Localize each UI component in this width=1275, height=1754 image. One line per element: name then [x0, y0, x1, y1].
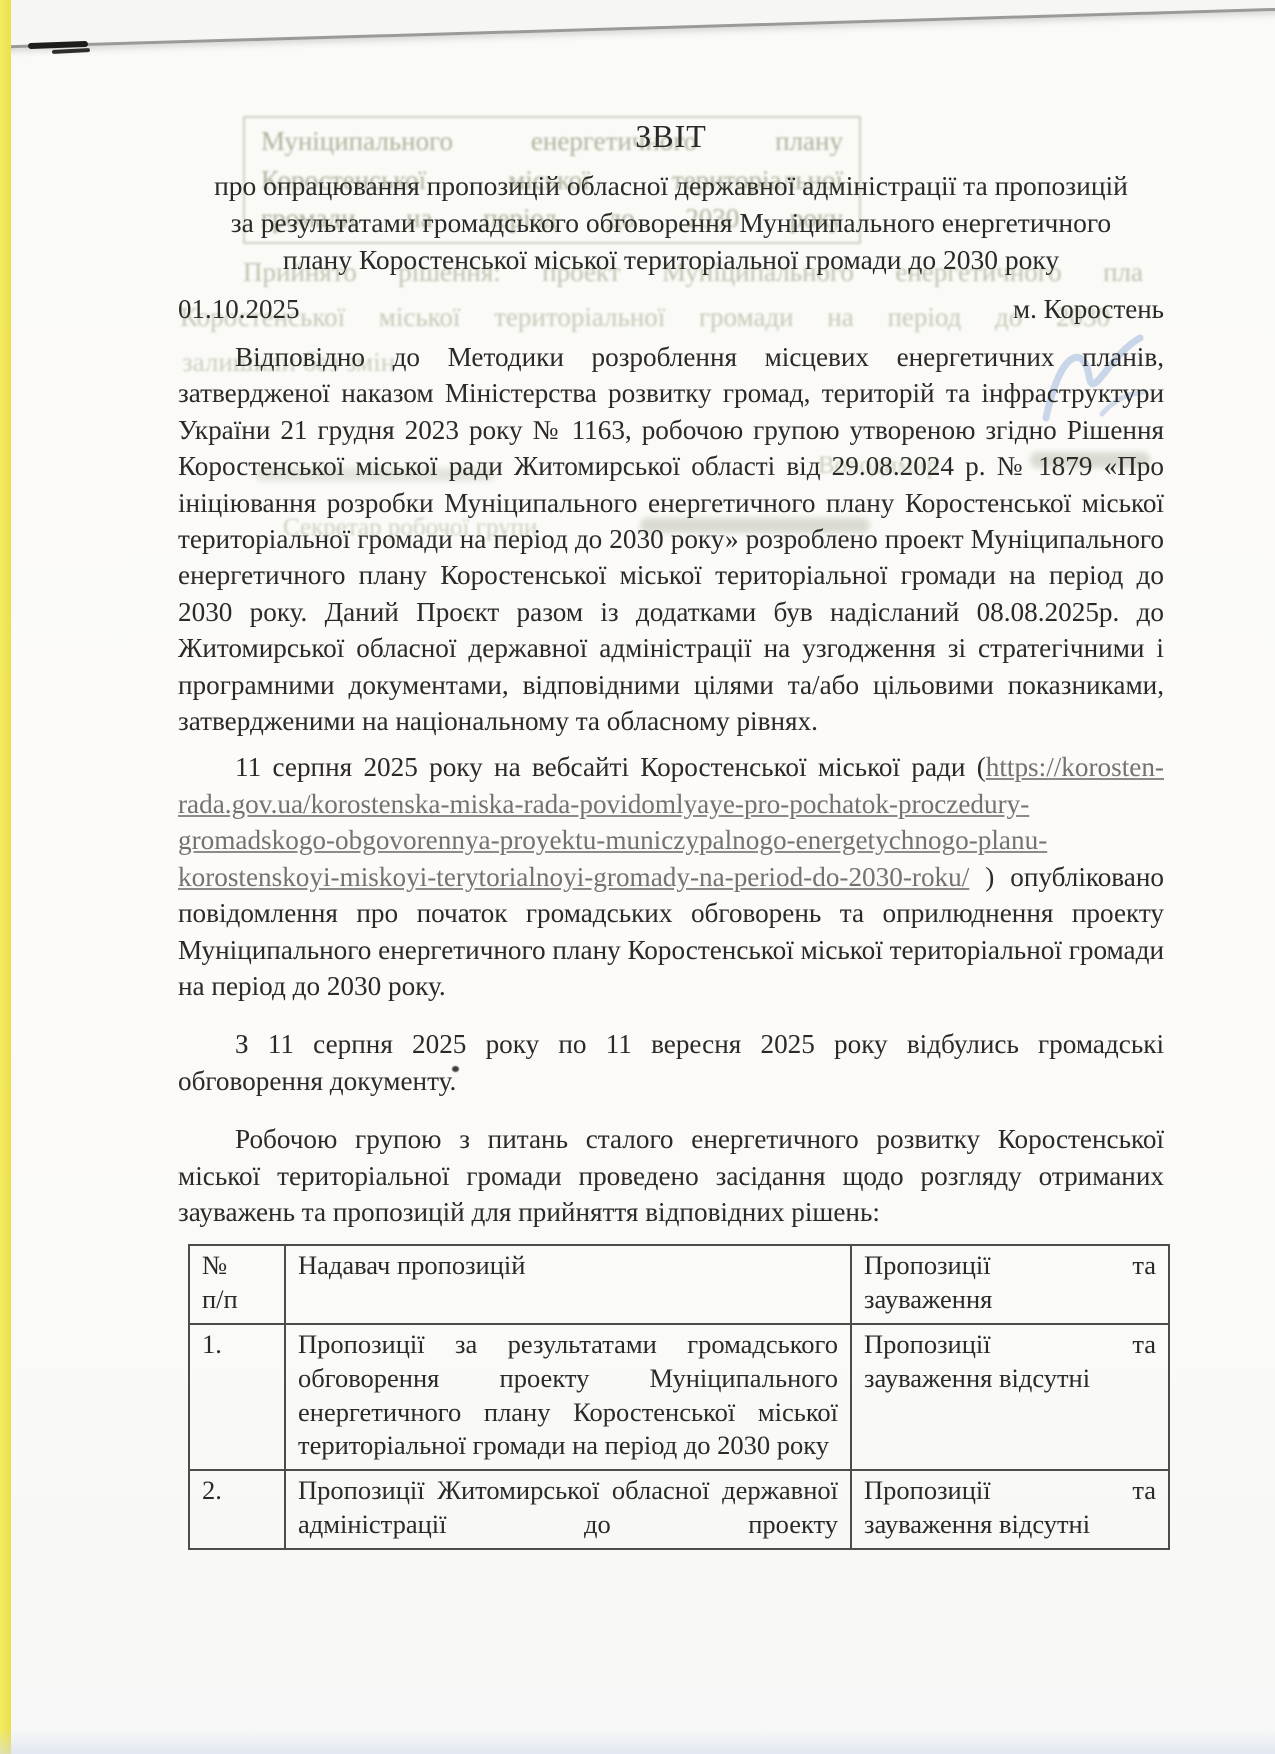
table-row: 2. Пропозиції Житомирської обласної держ…: [189, 1470, 1169, 1549]
scanner-bottom-shadow: [0, 1728, 1275, 1754]
subtitle-line: плану Коростенської міської територіальн…: [178, 241, 1164, 278]
row-status-word2: та: [1132, 1328, 1156, 1362]
row-status-line1: Пропозиції та: [864, 1328, 1156, 1362]
paragraph-methodology: Відповідно до Методики розроблення місце…: [178, 339, 1164, 739]
paragraph-discussion-period: З 11 серпня 2025 року по 11 вересня 2025…: [178, 1026, 1164, 1099]
row-status-word1: Пропозиції: [864, 1328, 991, 1362]
row-status-line1: Пропозиції та: [864, 1474, 1156, 1508]
table-row: 1. Пропозиції за результатами громадсько…: [189, 1324, 1169, 1470]
header-number-line2: п/п: [202, 1283, 272, 1317]
header-proposals-line1: Пропозиції та: [864, 1249, 1156, 1283]
header-cell-number: № п/п: [189, 1245, 285, 1324]
row-status-line2: зауваження відсутні: [864, 1508, 1156, 1542]
row-status-cell: Пропозиції та зауваження відсутні: [851, 1324, 1169, 1470]
document-date: 01.10.2025: [178, 294, 300, 325]
subtitle-line: про опрацювання пропозицій обласної держ…: [178, 167, 1164, 204]
table-header-row: № п/п Надавач пропозицій Пропозиції та з…: [189, 1245, 1169, 1324]
row-number-cell: 1.: [189, 1324, 285, 1470]
row-provider-cell: Пропозиції за результатами громадського …: [285, 1324, 851, 1470]
document-body: ЗВІТ про опрацювання пропозицій обласної…: [178, 0, 1164, 1550]
row-status-word1: Пропозиції: [864, 1474, 991, 1508]
document-place: м. Коростень: [1013, 294, 1164, 325]
proposals-table: № п/п Надавач пропозицій Пропозиції та з…: [188, 1244, 1170, 1549]
date-place-row: 01.10.2025 м. Коростень: [178, 294, 1164, 325]
row-status-line2: зауваження відсутні: [864, 1362, 1156, 1396]
row-status-word2: та: [1132, 1474, 1156, 1508]
row-status-cell: Пропозиції та зауваження відсутні: [851, 1470, 1169, 1549]
ink-spot-artifact: [452, 1066, 459, 1072]
header-cell-provider: Надавач пропозицій: [285, 1245, 851, 1324]
header-proposals-word2: та: [1132, 1249, 1156, 1283]
header-proposals-word1: Пропозиції: [864, 1249, 991, 1283]
scanned-report-page: Муніципального енергетичного плану Корос…: [0, 0, 1275, 1754]
row-number-cell: 2.: [189, 1470, 285, 1549]
subtitle-line: за результатами громадського обговорення…: [178, 204, 1164, 241]
document-title: ЗВІТ: [178, 118, 1164, 155]
scanner-edge-strip: [0, 0, 11, 1754]
header-proposals-line2: зауваження: [864, 1283, 1156, 1317]
staple-mark-bar: [52, 48, 90, 54]
paragraph-publication: 11 серпня 2025 року на вебсайті Коростен…: [178, 749, 1164, 1004]
document-subtitle: про опрацювання пропозицій обласної держ…: [178, 167, 1164, 278]
row-provider-cell: Пропозиції Житомирської обласної державн…: [285, 1470, 851, 1549]
paragraph-working-group: Робочою групою з питань сталого енергети…: [178, 1121, 1164, 1230]
header-cell-proposals: Пропозиції та зауваження: [851, 1245, 1169, 1324]
header-number-line1: №: [202, 1249, 272, 1283]
paragraph-publication-lead: 11 серпня 2025 року на вебсайті Коростен…: [235, 752, 986, 782]
